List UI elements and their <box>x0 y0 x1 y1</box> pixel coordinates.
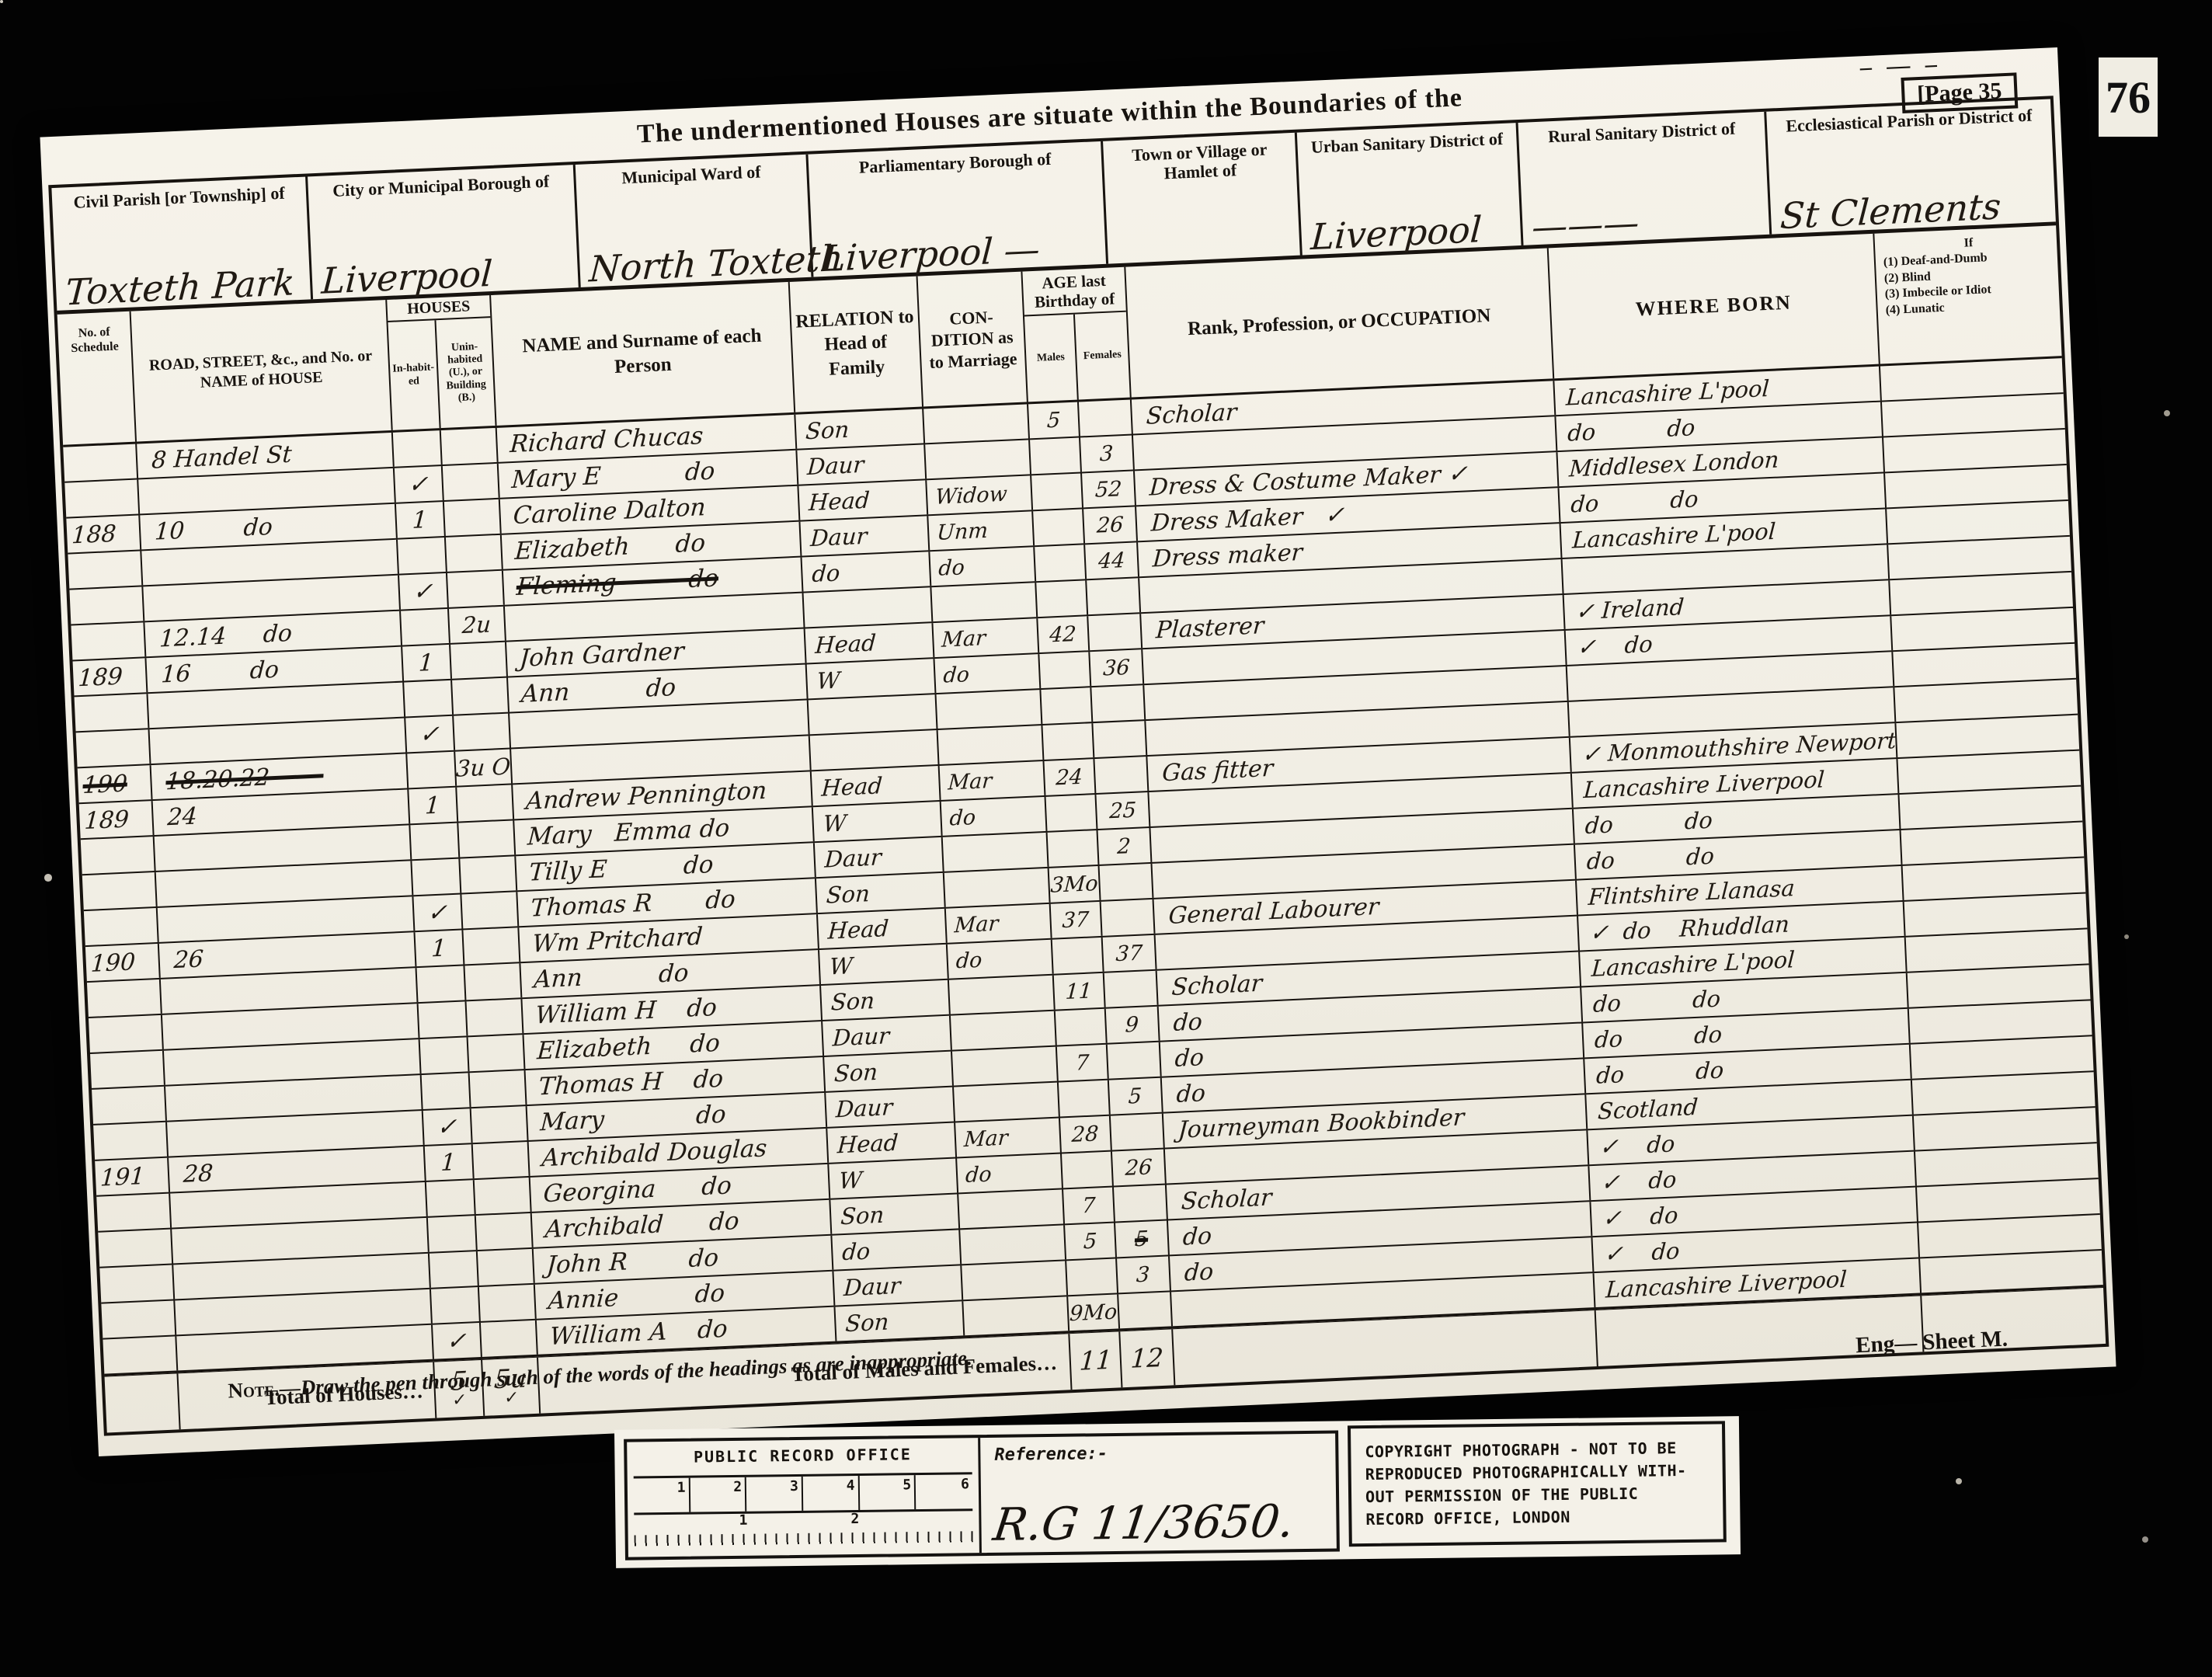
cell-where-born-value: do do <box>1595 1056 1724 1088</box>
cell-where-born-value: Lancashire L'pool <box>1591 946 1796 982</box>
cell-relation: Son <box>821 980 951 1020</box>
cell-age-male-value: 24 <box>1056 764 1083 790</box>
cell-age-female: 52 <box>1082 471 1136 507</box>
cell-where-born-value: Lancashire L'pool <box>1571 518 1776 554</box>
cell-age-male-value: 7 <box>1081 1193 1096 1218</box>
cell-age-male <box>1041 687 1093 724</box>
cell-inhabited: 1 <box>402 645 452 681</box>
cell-uninhabited-value: 2u <box>461 611 492 638</box>
cell-inhabited: ✓ <box>405 716 455 753</box>
cell-age-female <box>1104 971 1159 1007</box>
cell-inhabited <box>431 1287 481 1324</box>
district-label: City or Municipal Borough of <box>308 169 574 204</box>
cell-inhabited <box>412 859 461 896</box>
cell-schedule-value: 190 <box>90 948 136 978</box>
cell-relation-value: Daur <box>835 1094 893 1122</box>
cell-disability <box>1901 823 2085 865</box>
cell-age-female-value: 5 <box>1128 1084 1143 1108</box>
cell-age-male: 7 <box>1063 1188 1115 1224</box>
cell-occupation-value: Dress Maker ✓ <box>1150 501 1345 537</box>
cell-occupation-value: do <box>1184 1258 1214 1286</box>
cell-disability <box>1904 893 2088 935</box>
district-label: Town or Village or Hamlet of <box>1103 137 1296 187</box>
cell-relation: do <box>802 551 932 591</box>
cell-uninhabited <box>481 1320 538 1357</box>
district-label: Ecclesiastical Parish or District of <box>1766 103 2051 138</box>
cell-inhabited <box>407 752 457 788</box>
cell-schedule: 189 <box>73 658 148 695</box>
header-age-title: AGE last Birthday of <box>1022 267 1125 317</box>
cell-uninhabited <box>452 678 510 715</box>
cell-disability <box>1914 1108 2097 1150</box>
cell-disability <box>1909 1000 2092 1042</box>
cell-age-female: 37 <box>1103 935 1157 972</box>
cell-schedule: 189 <box>79 801 155 838</box>
cell-inhabited: 1 <box>415 930 464 966</box>
header-relation: RELATION to Head of Family <box>790 277 923 412</box>
cell-age-female: 25 <box>1096 792 1150 829</box>
ruler-number: 6 <box>916 1474 972 1509</box>
cell-schedule <box>90 1051 165 1088</box>
cell-age-male: 37 <box>1051 902 1103 938</box>
cell-disability <box>1918 1215 2102 1257</box>
cell-condition-value: do <box>965 1162 992 1188</box>
cell-occupation-value: Scholar <box>1181 1184 1273 1215</box>
cell-relation <box>809 694 938 734</box>
cell-age-male: 5 <box>1028 402 1080 439</box>
cell-where-born-value: Flintshire Llanasa <box>1588 875 1796 910</box>
cell-name-value: Ann do <box>520 673 676 708</box>
cell-relation: Daur <box>800 516 930 555</box>
cell-where-born-value: Lancashire L'pool <box>1565 375 1770 411</box>
cell-name-value: Mary E do <box>511 457 716 494</box>
cell-road-value: 28 <box>183 1160 214 1188</box>
cell-occupation-value: do <box>1174 1044 1205 1073</box>
cell-disability <box>1890 572 2073 614</box>
cell-condition <box>954 1083 1060 1122</box>
folio-number: 76 <box>2106 71 2151 124</box>
cell-age-female-value: 9 <box>1125 1012 1139 1037</box>
cell-inhabited: ✓ <box>395 466 444 503</box>
header-males: Males <box>1024 315 1079 402</box>
cell-relation-value: Son <box>840 1202 885 1230</box>
cell-age-male-value: 5 <box>1046 408 1061 433</box>
cell-relation <box>804 587 934 627</box>
cell-name-value: Mary Emma do <box>527 814 730 851</box>
cell-age-male <box>1066 1258 1118 1295</box>
cell-occupation-value: do <box>1182 1222 1212 1251</box>
cell-relation-value: Daur <box>806 451 864 480</box>
cell-age-female: 5 <box>1109 1078 1163 1115</box>
cell-schedule-value: 189 <box>84 805 130 835</box>
cell-age-female-value: 36 <box>1102 655 1130 680</box>
cell-name-value: Fleming———do <box>516 564 719 601</box>
cell-disability <box>1903 858 2086 900</box>
cell-relation: Head <box>798 480 928 520</box>
cell-schedule <box>101 1300 176 1338</box>
cell-condition <box>923 404 1030 443</box>
cell-condition-value: Mar <box>963 1126 1008 1152</box>
cell-age-male: 11 <box>1054 973 1106 1010</box>
cell-age-female: 3 <box>1080 435 1135 471</box>
ruler-number: 1 <box>739 1512 747 1529</box>
cell-where-born-value: do do <box>1570 485 1699 517</box>
header-houses: HOUSES In-habit-ed Unin-habited (U.), or… <box>387 295 496 430</box>
cell-relation-value: Daur <box>843 1272 901 1301</box>
district-box-civil-parish: Civil Parish [or Township] of Toxteth Pa… <box>51 176 313 311</box>
cell-schedule: 188 <box>66 515 141 552</box>
header-occupation: Rank, Profession, or OCCUPATION <box>1125 248 1554 397</box>
cell-disability <box>1893 644 2076 686</box>
cell-uninhabited <box>468 1035 526 1071</box>
cell-name-value: Georgina do <box>543 1171 732 1208</box>
cell-inhabited-value: ✓ <box>427 899 448 927</box>
cell-age-female <box>1101 899 1156 936</box>
district-box-parliamentary-borough: Parliamentary Borough of Liverpool — <box>808 141 1108 277</box>
cell-age-female: 5 <box>1115 1220 1170 1257</box>
cell-age-male <box>1048 830 1100 867</box>
cell-uninhabited <box>447 571 505 607</box>
cell-schedule <box>89 1015 164 1052</box>
district-box-ecclesiastical-parish: Ecclesiastical Parish or District of St … <box>1766 99 2056 234</box>
cell-disability <box>1894 680 2078 722</box>
check-mark-icon: ✓ <box>503 1390 519 1407</box>
total-males: 11 <box>1069 1331 1122 1390</box>
cell-schedule <box>64 479 140 517</box>
cell-schedule <box>98 1230 173 1267</box>
cell-age-female-value: 26 <box>1096 513 1124 538</box>
cell-disability <box>1891 608 2075 650</box>
cell-uninhabited <box>479 1285 537 1321</box>
cell-schedule <box>81 837 156 874</box>
cell-road-value: 8 Handel St <box>151 440 293 474</box>
cell-disability <box>1899 787 2082 829</box>
cell-schedule: 190 <box>78 765 153 802</box>
cell-relation: do <box>832 1230 962 1269</box>
cell-uninhabited <box>467 999 524 1035</box>
cell-inhabited <box>410 823 460 860</box>
cell-condition-value: do <box>937 555 965 581</box>
cell-road-value: 24 <box>167 802 198 831</box>
cell-age-male-value: 5 <box>1083 1229 1097 1254</box>
cell-inhabited <box>426 1180 476 1216</box>
cell-relation: Daur <box>833 1265 963 1305</box>
cell-condition <box>938 725 1045 764</box>
total-females: 12 <box>1120 1329 1175 1387</box>
cell-age-female <box>1114 1185 1168 1221</box>
cell-disability <box>1885 465 2068 507</box>
cell-relation-value: Son <box>833 1059 878 1087</box>
cell-inhabited <box>401 609 450 645</box>
cell-condition <box>958 1189 1065 1228</box>
cell-condition: do <box>948 940 1054 979</box>
cell-relation-value: W <box>823 809 847 837</box>
cell-where-born-value: ✓ do <box>1603 1237 1680 1267</box>
cell-inhabited: ✓ <box>413 894 463 931</box>
cell-occupation-value: Dress maker <box>1152 538 1303 572</box>
district-label: Civil Parish [or Township] of <box>52 182 307 215</box>
cell-road-value: 26 <box>173 945 204 974</box>
cell-disability <box>1920 1251 2103 1293</box>
cell-disability <box>1888 537 2071 579</box>
cell-schedule <box>76 729 151 767</box>
district-label: Urban Sanitary District of <box>1297 127 1517 159</box>
cell-relation: W <box>807 659 937 698</box>
cell-relation: Daur <box>815 837 944 877</box>
cell-relation-value: Daur <box>832 1022 890 1051</box>
district-box-urban-sanitary: Urban Sanitary District of Liverpool <box>1297 123 1524 256</box>
cell-where-born-value: Lancashire Liverpool <box>1605 1266 1847 1303</box>
cell-uninhabited <box>460 856 517 892</box>
cell-age-male <box>1052 938 1104 974</box>
district-box-municipal-borough: City or Municipal Borough of Liverpool <box>308 165 581 299</box>
cell-inhabited-value: ✓ <box>408 470 429 498</box>
cell-name-value: William A do <box>549 1315 729 1351</box>
cell-age-male-value: 7 <box>1075 1050 1090 1075</box>
cell-relation: Head <box>827 1122 957 1162</box>
cell-road-value: 10 do <box>154 513 273 545</box>
copyright-line: REPRODUCED PHOTOGRAPHICALLY WITH- <box>1365 1459 1723 1486</box>
cell-condition: Unm <box>928 511 1035 550</box>
header-houses-subrow: In-habit-ed Unin-habited (U.), or Buildi… <box>388 318 496 430</box>
cell-age-female: 36 <box>1090 649 1144 686</box>
footnote-prefix: Note. <box>228 1377 280 1403</box>
district-value-handwritten: ——— <box>1531 201 1640 248</box>
cell-where-born-value: Scotland <box>1597 1094 1699 1125</box>
census-scan-page: 76 The undermentioned Houses are situate… <box>0 0 2212 1677</box>
cell-age-female-value: 25 <box>1108 798 1136 823</box>
cell-inhabited-value: ✓ <box>412 577 433 605</box>
cell-relation-value: do <box>841 1237 871 1265</box>
cell-condition: do <box>941 797 1048 836</box>
header-schedule-line1: No. of <box>78 325 110 341</box>
cell-relation: Head <box>805 623 935 663</box>
cell-age-female <box>1087 578 1141 614</box>
header-name: NAME and Surname of each Person <box>491 282 795 426</box>
cell-name-value: Caroline Dalton <box>513 493 707 530</box>
cell-age-male: 3Mo <box>1049 866 1101 903</box>
cell-name-value: Elizabeth do <box>536 1029 721 1066</box>
cell-uninhabited-value: 3u O <box>455 753 511 781</box>
total-females-value: 12 <box>1130 1346 1164 1371</box>
cell-inhabited-value: ✓ <box>446 1327 467 1355</box>
cell-schedule <box>99 1265 175 1302</box>
cell-condition: do <box>930 547 1036 586</box>
cell-inhabited <box>417 965 467 1002</box>
cell-inhabited <box>398 538 447 574</box>
cell-relation-value: Son <box>805 416 850 445</box>
copyright-line: RECORD OFFICE, LONDON <box>1365 1504 1723 1531</box>
header-females: Females <box>1075 312 1130 400</box>
ruler-number: 4 <box>803 1476 860 1511</box>
ruler-number: 1 <box>634 1478 690 1513</box>
cell-age-male-value: 11 <box>1065 979 1093 1004</box>
cell-age-male-value: 37 <box>1062 907 1090 933</box>
cell-relation <box>810 730 940 770</box>
cell-age-female: 26 <box>1112 1150 1167 1186</box>
cell-age-male: 7 <box>1057 1045 1109 1081</box>
cell-relation-value: Son <box>830 987 875 1016</box>
cell-schedule <box>75 694 150 731</box>
cell-inhabited-value: 1 <box>431 934 447 962</box>
header-where-born: WHERE BORN <box>1549 234 1880 379</box>
cell-name-value: Ann do <box>533 959 689 994</box>
cell-relation: Son <box>816 873 946 913</box>
header-age-subrow: Males Females <box>1024 312 1130 402</box>
cell-schedule <box>84 908 159 945</box>
cell-name-value: Thomas H do <box>537 1065 724 1101</box>
cell-occupation-value: Plasterer <box>1155 612 1264 644</box>
cell-age-male: 24 <box>1044 759 1096 795</box>
cell-age-male <box>1035 545 1087 581</box>
cell-condition <box>931 583 1038 621</box>
district-label: Parliamentary Borough of <box>809 146 1102 181</box>
cell-relation: Son <box>830 1194 960 1233</box>
cell-relation-value: Daur <box>809 523 868 551</box>
pro-ruler-section: PUBLIC RECORD OFFICE 1 2 3 4 5 6 1 2 <box>627 1438 982 1557</box>
cell-schedule <box>92 1087 167 1124</box>
cell-condition: do <box>934 654 1041 693</box>
cell-disability <box>1911 1036 2094 1078</box>
cell-condition <box>949 976 1056 1014</box>
cell-uninhabited: 3u O <box>455 749 513 785</box>
total-males-value: 11 <box>1079 1348 1113 1373</box>
cell-age-male <box>1030 437 1082 474</box>
reference-label: Reference:- <box>980 1434 1335 1466</box>
cell-inhabited: 1 <box>409 788 458 824</box>
cell-uninhabited <box>475 1178 532 1214</box>
cell-inhabited <box>419 1001 468 1038</box>
cell-name-value: John R do <box>546 1244 720 1279</box>
cell-uninhabited <box>444 499 502 536</box>
cell-schedule-value: 191 <box>99 1162 145 1192</box>
ruler-number: 2 <box>690 1477 746 1512</box>
cell-where-born-value: do do <box>1567 414 1696 446</box>
table-body: 8 Handel StRichard ChucasSon5ScholarLanc… <box>63 358 2103 1376</box>
cell-uninhabited <box>454 714 511 750</box>
cell-condition-value: do <box>955 948 983 973</box>
cell-road-value: 18.20.22 —— <box>165 761 324 795</box>
reference-value-handwritten: R.G 11/3650. <box>990 1494 1297 1551</box>
cell-where-born-value: ✓ do Rhuddlan <box>1589 910 1790 946</box>
folio-number-scrap: 76 <box>2099 57 2158 137</box>
cell-condition <box>963 1296 1069 1335</box>
cell-inhabited-value: 1 <box>425 792 441 819</box>
district-label: Rural Sanitary District of <box>1518 117 1765 150</box>
cell-occupation-value: General Labourer <box>1167 892 1379 929</box>
district-value-handwritten: Liverpool <box>1309 208 1483 258</box>
cell-relation: Daur <box>823 1016 952 1056</box>
cell-condition <box>943 833 1049 872</box>
cell-condition-value: do <box>943 663 970 688</box>
cell-name-value: William H do <box>534 993 718 1030</box>
district-label: Municipal Ward of <box>576 159 807 192</box>
cell-occupation-value: do <box>1173 1008 1203 1037</box>
cell-where-born-value: Lancashire Liverpool <box>1583 766 1825 803</box>
cell-age-male <box>1062 1152 1114 1188</box>
cell-relation: Son <box>795 409 925 448</box>
cell-schedule <box>93 1122 169 1160</box>
cell-name-value: Archibald do <box>544 1207 740 1244</box>
cell-condition: Mar <box>933 618 1039 657</box>
cell-condition-value: Unm <box>936 518 989 545</box>
cell-inhabited <box>404 680 454 717</box>
pro-office-title: PUBLIC RECORD OFFICE <box>627 1438 978 1467</box>
header-disability: If (1) Deaf-and-Dumb (2) Blind (3) Imbec… <box>1874 225 2061 364</box>
cell-name-value: John Gardner <box>519 637 685 673</box>
cell-inhabited: 1 <box>396 502 446 538</box>
cell-name-value: Wm Pritchard <box>531 923 704 959</box>
cell-uninhabited <box>463 927 520 964</box>
cell-where-born-value: ✓ do <box>1602 1202 1678 1231</box>
cell-relation: Head <box>818 909 948 948</box>
cell-condition: Mar <box>955 1118 1062 1157</box>
cell-relation-value: Head <box>808 487 870 517</box>
cell-schedule <box>96 1194 172 1231</box>
cell-name-value: Mary do <box>539 1101 726 1137</box>
cell-age-female: 44 <box>1085 542 1139 579</box>
cell-relation: W <box>813 802 943 841</box>
cell-condition-value: Mar <box>954 911 999 938</box>
cell-occupation-value: Scholar <box>1146 398 1238 430</box>
cell-age-female <box>1111 1114 1165 1150</box>
cell-name-value: Archibald Douglas <box>541 1134 768 1172</box>
cell-condition <box>944 868 1051 907</box>
cell-uninhabited <box>476 1213 534 1250</box>
cell-schedule: 191 <box>95 1158 170 1195</box>
cell-condition: do <box>957 1153 1063 1192</box>
pro-reference-box: PUBLIC RECORD OFFICE 1 2 3 4 5 6 1 2 Ref… <box>624 1430 1340 1560</box>
cell-schedule-value: 189 <box>77 663 123 692</box>
cell-age-female-value: 37 <box>1115 941 1143 966</box>
cell-relation-value: do <box>811 559 840 587</box>
cell-where-born-value: Middlesex London <box>1568 446 1779 482</box>
district-box-town-village: Town or Village or Hamlet of <box>1103 133 1303 264</box>
cell-schedule <box>103 1336 178 1373</box>
cell-occupation-value: Scholar <box>1171 969 1264 1000</box>
cell-age-female: 2 <box>1098 828 1153 865</box>
cell-schedule <box>69 586 144 624</box>
cell-inhabited: ✓ <box>423 1108 473 1145</box>
cell-disability <box>1906 929 2089 971</box>
cell-disability <box>1880 358 2064 400</box>
cell-schedule-value: 188 <box>71 520 117 549</box>
cell-where-born-value: do do <box>1592 985 1721 1017</box>
cell-uninhabited <box>450 642 508 679</box>
cell-age-female-value: 3 <box>1136 1262 1150 1287</box>
cell-age-female: 9 <box>1106 1007 1160 1043</box>
cell-inhabited <box>428 1216 478 1252</box>
cell-inhabited <box>430 1251 479 1288</box>
cell-road-value: 16 do <box>160 656 280 688</box>
cell-schedule-value: 190 <box>82 770 128 799</box>
cell-relation: W <box>829 1158 958 1198</box>
header-road: ROAD, STREET, &c., and No. or NAME of HO… <box>131 300 393 442</box>
cell-condition <box>951 1011 1057 1050</box>
cell-uninhabited <box>446 535 503 572</box>
cell-condition <box>952 1047 1059 1086</box>
cell-relation: W <box>819 945 949 984</box>
cell-inhabited <box>420 1037 470 1073</box>
cell-relation: Daur <box>826 1087 955 1127</box>
cell-age-female-value: 5 <box>1134 1226 1149 1251</box>
cell-uninhabited <box>458 820 516 857</box>
cell-age-male <box>1046 795 1098 831</box>
cell-condition-value: Mar <box>941 626 986 652</box>
cell-condition: Widow <box>927 475 1033 514</box>
cell-relation: Head <box>812 766 941 805</box>
cell-inhabited-value: ✓ <box>436 1112 457 1140</box>
